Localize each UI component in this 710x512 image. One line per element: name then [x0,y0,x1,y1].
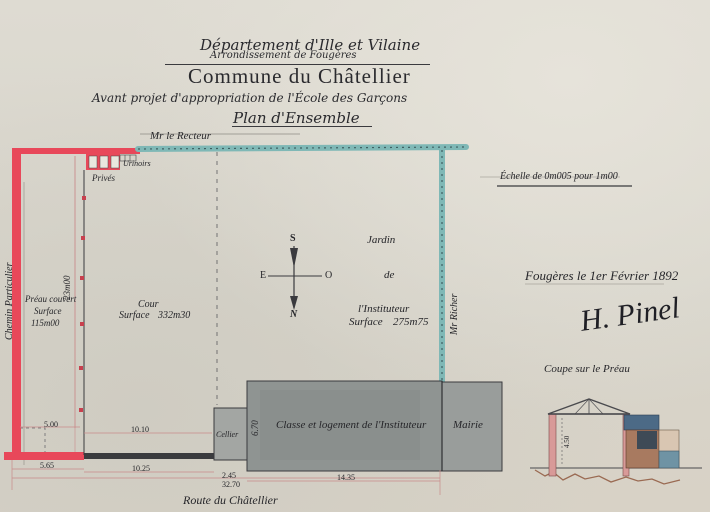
dim-preau-width: 5.00 [44,420,58,429]
dim-front-left: 5.65 [40,461,54,470]
dim-front-total: 32.70 [222,480,240,489]
section-height: 4.50 [563,436,571,448]
jardin-line2: de [384,269,394,281]
cellier-label: Cellier [216,430,238,439]
privies-label: Privés [92,173,115,183]
section-title: Coupe sur le Préau [544,363,630,375]
east-neighbor-label: Mr Richer [449,294,460,335]
preau-surface-label: Surface [34,306,62,316]
compass-north: N [290,309,297,320]
preau-surface-value: 115m00 [31,318,59,328]
dateline: Fougères le 1er Février 1892 [525,268,678,284]
section-drawing [530,399,702,484]
north-neighbor-label: Mr le Recteur [150,130,211,142]
building-depth: 6.70 [250,420,260,436]
classe-label: Classe et logement de l'Instituteur [276,419,426,431]
compass-east: E [260,270,266,281]
dim-front-cour: 10.25 [132,464,150,473]
cour-surface-value: 332m30 [158,310,190,321]
west-path-label: Chemin Particulier [4,263,15,341]
urinoirs-label: Urinoirs [123,159,151,168]
cour-name: Cour [138,299,159,310]
dim-cour-inner: 10.10 [131,425,149,434]
compass-south: S [290,233,296,244]
jardin-line1: Jardin [367,234,395,246]
cour-surface-label: Surface [119,310,150,321]
jardin-line3: l'Instituteur [358,303,409,315]
jardin-surface-label: Surface [349,316,383,328]
jardin-surface-value: 275m75 [393,316,428,328]
south-road-label: Route du Châtellier [183,493,278,508]
mairie-label: Mairie [453,419,483,431]
dim-front-building: 14.35 [337,473,355,482]
scale-label: Échelle de 0m005 pour 1m00 [500,171,618,182]
compass-west: O [325,270,332,281]
preau-depth: 23m00 [62,276,72,301]
dim-front-cellier: 2.45 [222,471,236,480]
site-plan-drawing [0,0,710,512]
